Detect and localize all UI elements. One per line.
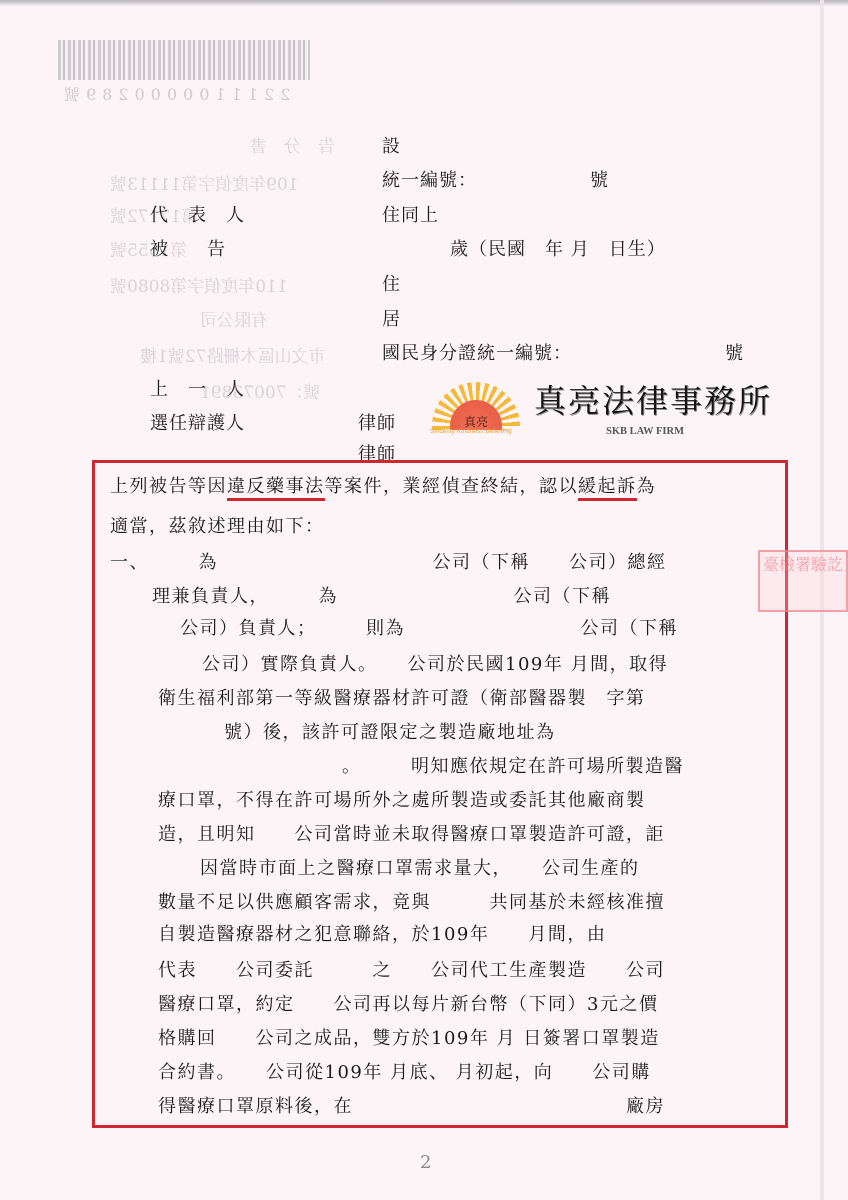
label-defendant: 被 告 bbox=[150, 235, 226, 261]
bleed-through-text: 告 分 書 bbox=[250, 132, 335, 157]
bleed-through-barcode-number: 2211100000289號 bbox=[58, 82, 290, 105]
defendant-dwelling: 居 bbox=[382, 305, 401, 331]
sun-emblem-icon: 真亮 bbox=[432, 382, 520, 430]
label-defense-counsel: 選任辯護人 bbox=[150, 409, 245, 435]
body-line-8: 號）後，該許可證限定之製造廠地址為 bbox=[224, 718, 556, 744]
text-segment: 上列被告等因 bbox=[110, 476, 227, 497]
body-line-19: 得醫療口罩原料後，在 廠房 bbox=[158, 1092, 665, 1118]
body-line-2: 適當，茲敘述理由如下： bbox=[110, 512, 325, 538]
body-line-14: 自製造醫療器材之犯意聯絡，於109年 月間，由 bbox=[158, 920, 606, 946]
body-line-10: 療口罩，不得在許可場所外之處所製造或委託其他廠商製 bbox=[158, 786, 646, 812]
defendant-age: 歲（民國 年 月 日生） bbox=[450, 235, 666, 261]
bleed-through-barcode bbox=[58, 40, 310, 80]
body-line-18: 合約書。 公司從109年 月底、 月初起，向 公司購 bbox=[158, 1058, 651, 1084]
defendant-residence: 住 bbox=[382, 270, 401, 296]
body-line-15: 代表 公司委託 之 公司代工生產製造 公司 bbox=[158, 956, 665, 982]
body-line-13: 數量不足以供應顧客需求，竟與 共同基於未經核准擅 bbox=[158, 888, 665, 914]
underlined-deferred-prosecution: 緩起訴 bbox=[578, 476, 637, 501]
official-seal-stamp: 臺檢署驗訖 bbox=[758, 550, 848, 612]
representative-address: 住同上 bbox=[382, 201, 439, 227]
body-line-17: 格購回 公司之成品，雙方於109年 月 日簽署口罩製造 bbox=[158, 1024, 660, 1050]
bleed-through-text: 110年度偵字第8080號 bbox=[110, 272, 288, 297]
body-line-4: 理兼負責人， 為 公司（下稱 bbox=[152, 582, 611, 608]
body-line-12: 因當時市面上之醫療口罩需求量大， 公司生產的 bbox=[200, 854, 640, 880]
defendant-id-number: 國民身分證統一編號： bbox=[382, 339, 572, 365]
header-row-unified-number: 統一編號： bbox=[382, 166, 477, 192]
body-line-16: 醫療口罩，約定 公司再以每片新台幣（下同）3元之價 bbox=[158, 990, 658, 1016]
bleed-through-text: 有限公司 bbox=[200, 306, 268, 331]
page-number: 2 bbox=[420, 1152, 431, 1173]
body-line-6: 公司）實際負責人。 公司於民國109年 月間，取得 bbox=[202, 650, 668, 676]
body-line-3: 一、 為 公司（下稱 公司）總經 bbox=[110, 548, 667, 574]
body-line-7: 衛生福利部第一等級醫療器材許可證（衛部醫器製 字第 bbox=[158, 684, 646, 710]
defendant-id-number-suffix: 號 bbox=[725, 339, 744, 365]
text-segment: 為 bbox=[637, 476, 657, 497]
law-firm-logo: 真亮 Sincerity Kindness Believing 真亮法律事務所 … bbox=[430, 376, 790, 446]
logo-tagline: Sincerity Kindness Believing bbox=[430, 428, 512, 435]
page-edge bbox=[0, 0, 848, 6]
counsel-lawyer-1: 律師 bbox=[358, 409, 396, 435]
header-row-unified-number-suffix: 號 bbox=[590, 166, 609, 192]
header-row-company: 設 bbox=[382, 132, 401, 158]
underlined-charge: 違反藥事法 bbox=[227, 476, 325, 501]
law-firm-name: 真亮法律事務所 bbox=[534, 376, 772, 422]
bleed-through-text: 市文山區木柵路72號1樓 bbox=[140, 342, 325, 367]
bleed-through-text: 109年度偵字第11113號 bbox=[110, 170, 299, 195]
body-line-11: 造，且明知 公司當時並未取得醫療口罩製造許可證，詎 bbox=[158, 820, 665, 846]
label-same-as-above: 上 一 人 bbox=[150, 375, 245, 401]
text-segment: 等案件，業經偵查終結，認以 bbox=[325, 476, 579, 497]
law-firm-english-name: SKB LAW FIRM bbox=[606, 426, 684, 437]
body-line-9: 。 明知應依規定在許可場所製造醫 bbox=[342, 752, 684, 778]
body-line-5: 公司）負責人； 則為 公司（下稱 bbox=[180, 614, 678, 640]
body-line-1: 上列被告等因違反藥事法等案件，業經偵查終結，認以緩起訴為 bbox=[110, 472, 656, 498]
label-representative: 代 表 人 bbox=[150, 201, 245, 227]
